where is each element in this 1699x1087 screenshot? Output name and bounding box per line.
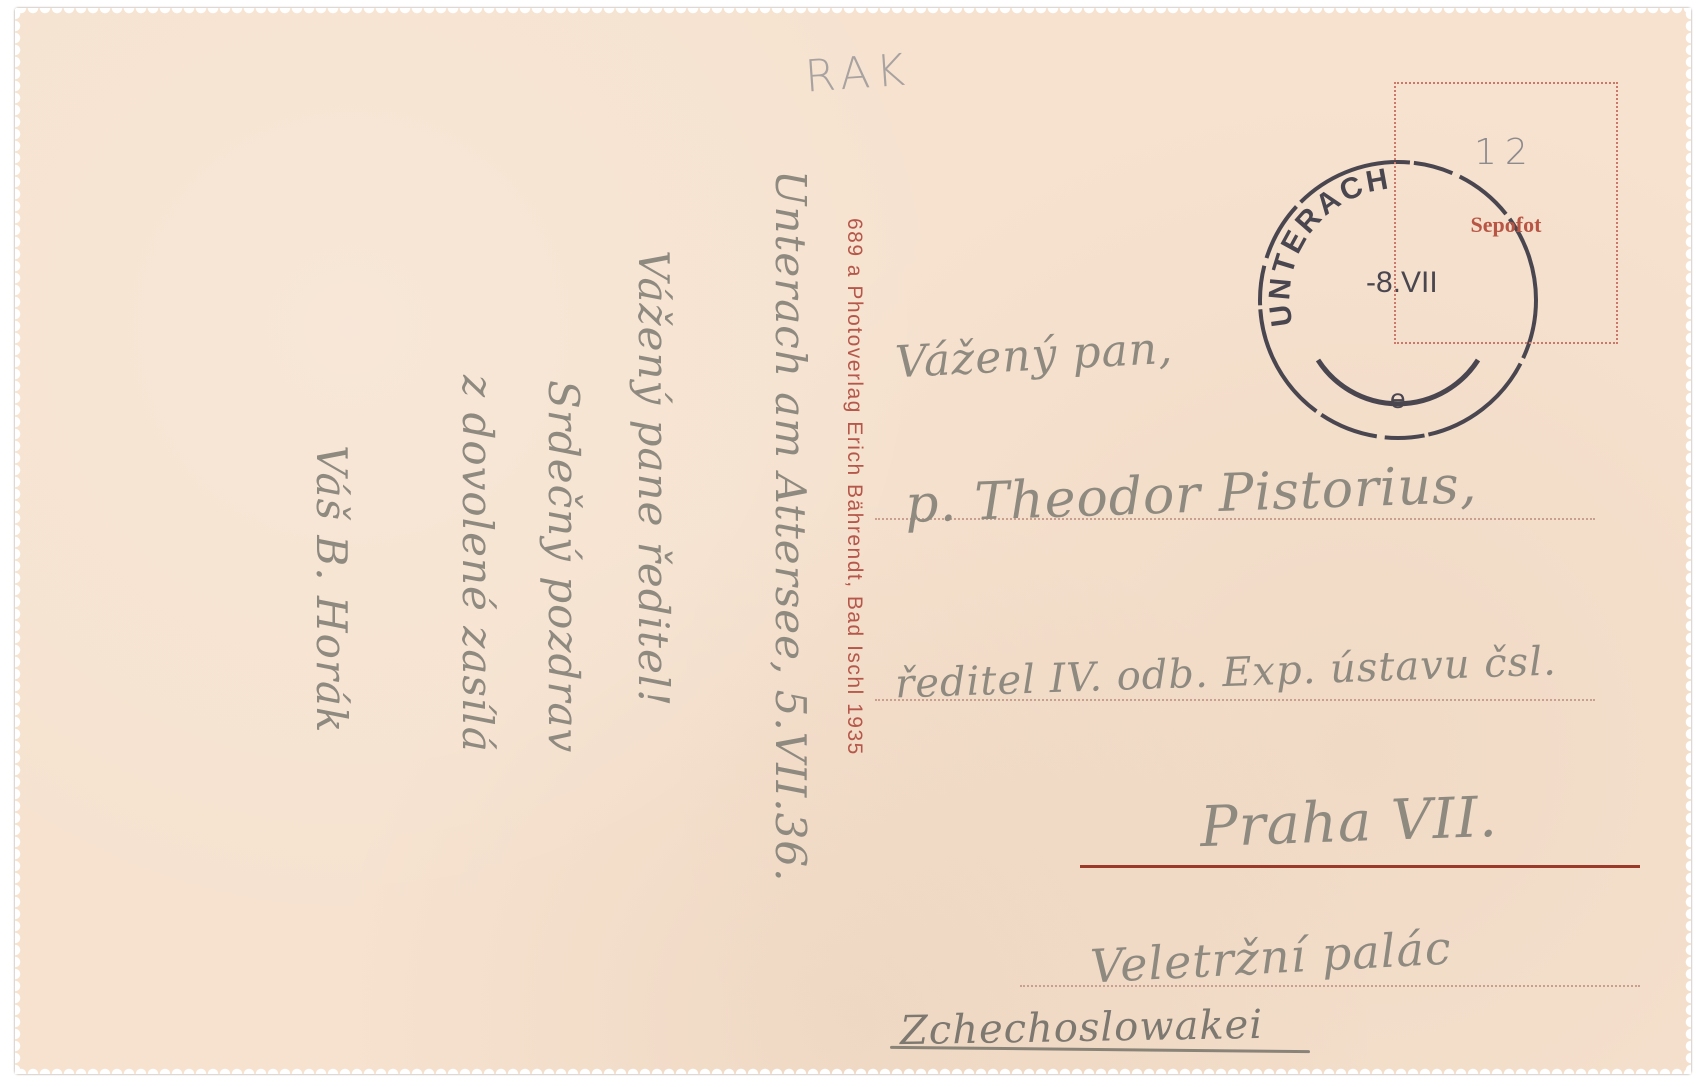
message-signature: Váš B. Horák (307, 445, 356, 733)
scalloped-edge-left (15, 8, 23, 1074)
stamp-box: 12 Sepofot (1394, 82, 1618, 344)
stamp-box-number: 12 (1474, 132, 1536, 173)
scalloped-edge-top (15, 8, 1691, 16)
postmark-place: UNTERACH (1263, 162, 1393, 329)
address-city: Praha VII. (1199, 785, 1499, 860)
message-place-date: Unterach am Attersee, 5.VII.36. (766, 170, 815, 882)
message-line-4: z dovolené zasílá (453, 375, 502, 753)
svg-text:UNTERACH: UNTERACH (1263, 162, 1393, 329)
message-greeting: Vážený pane ředitel! (629, 250, 678, 707)
pencil-note: RAK (803, 44, 912, 102)
message-line-3: Srdečný pozdrav (539, 380, 588, 753)
scalloped-edge-right (1683, 8, 1691, 1074)
postmark-letter: e (1390, 383, 1406, 414)
scalloped-edge-bottom (15, 1066, 1691, 1074)
stamp-box-label: Sepofot (1396, 212, 1616, 238)
publisher-imprint: 689 a Photoverlag Erich Bährendt, Bad Is… (842, 218, 866, 756)
address-red-rule (1080, 865, 1640, 868)
